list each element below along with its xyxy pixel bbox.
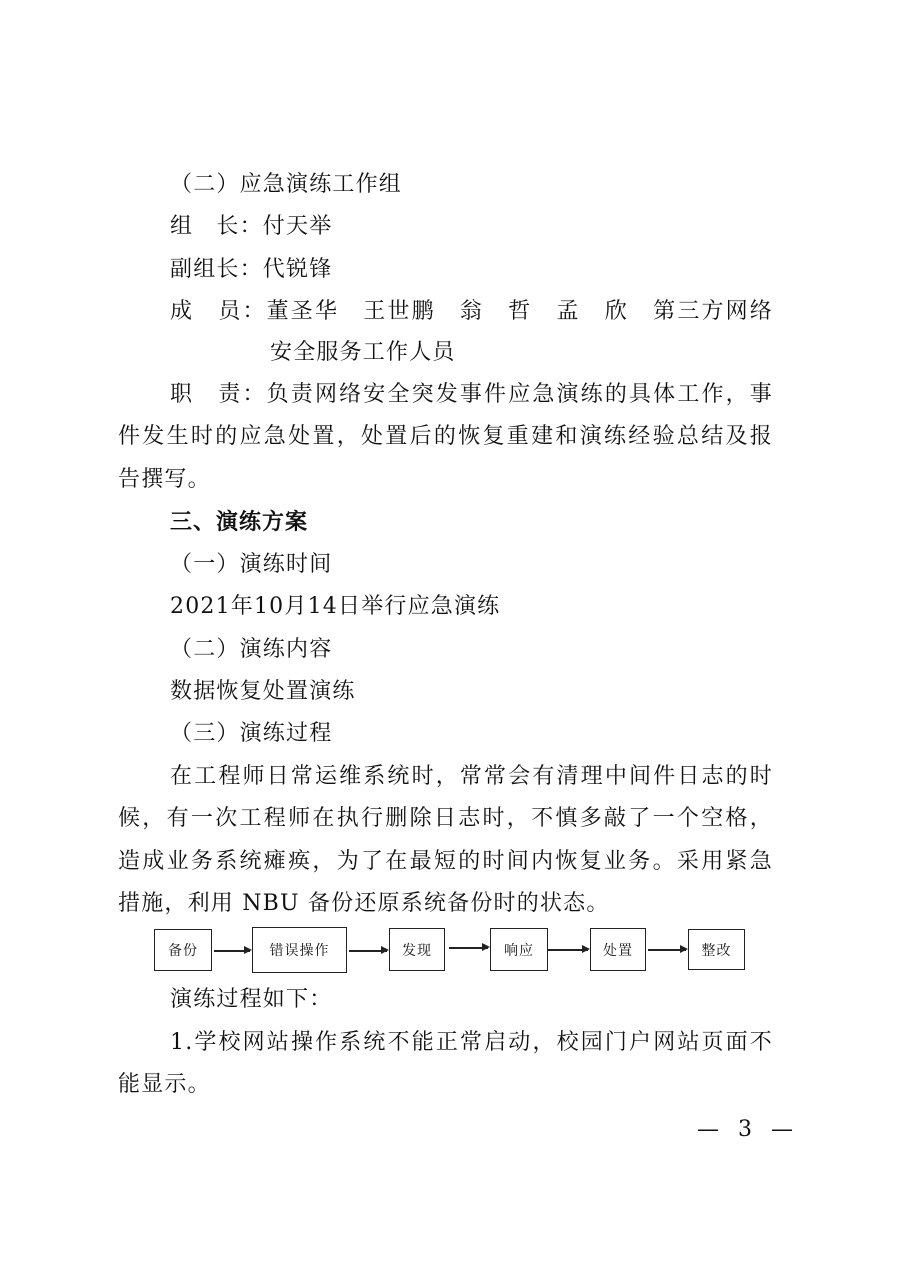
duties-line-2: 件发生时的应急处置，处置后的恢复重建和演练经验总结及报 — [118, 422, 773, 452]
drill-time-text: 2021年10月14日举行应急演练 — [170, 592, 500, 622]
step-1-line-2: 能显示。 — [118, 1070, 211, 1100]
subsection-heading-drill-process: （三）演练过程 — [170, 719, 332, 749]
flow-arrow-icon — [214, 950, 250, 952]
duties-line-3: 告撰写。 — [118, 465, 211, 495]
flow-arrow-icon — [548, 949, 588, 951]
process-paragraph-line-3: 造成业务系统瘫痪，为了在最短的时间内恢复业务。采用紧急 — [118, 847, 773, 877]
flow-step-backup: 备份 — [154, 929, 212, 971]
drill-content-text: 数据恢复处置演练 — [170, 677, 356, 707]
flow-arrow-icon — [349, 950, 387, 952]
subsection-heading-drill-content: （二）演练内容 — [170, 635, 332, 665]
members-line-1: 成 员：董圣华 王世鹏 翁 哲 孟 欣 第三方网络 — [170, 297, 773, 327]
step-1-line-1: 1.学校网站操作系统不能正常启动，校园门户网站页面不 — [170, 1028, 773, 1058]
subsection-heading-work-group: （二）应急演练工作组 — [170, 170, 402, 200]
group-leader: 组 长：付天举 — [170, 212, 332, 242]
flow-step-handling: 处置 — [590, 928, 646, 971]
flow-step-wrong-operation: 错误操作 — [252, 927, 347, 973]
page-number: — 3 — — [697, 1115, 799, 1145]
subsection-heading-drill-time: （一）演练时间 — [170, 550, 332, 580]
process-intro: 演练过程如下： — [170, 985, 332, 1015]
members-line-2: 安全服务工作人员 — [270, 338, 456, 368]
flow-step-response: 响应 — [490, 928, 548, 971]
process-paragraph-line-1: 在工程师日常运维系统时，常常会有清理中间件日志的时 — [170, 762, 773, 792]
deputy-group-leader: 副组长：代锐锋 — [170, 255, 332, 285]
process-paragraph-line-2: 候，有一次工程师在执行删除日志时，不慎多敲了一个空格， — [118, 804, 773, 834]
duties-line-1: 职 责：负责网络安全突发事件应急演练的具体工作，事 — [170, 380, 773, 410]
flow-step-rectification: 整改 — [688, 929, 745, 970]
section-heading-drill-plan: 三、演练方案 — [170, 508, 308, 538]
flow-arrow-icon — [648, 949, 686, 951]
process-paragraph-line-4: 措施，利用 NBU 备份还原系统备份时的状态。 — [118, 889, 610, 919]
flow-step-discovery: 发现 — [389, 928, 445, 971]
flow-arrow-icon — [449, 947, 488, 949]
